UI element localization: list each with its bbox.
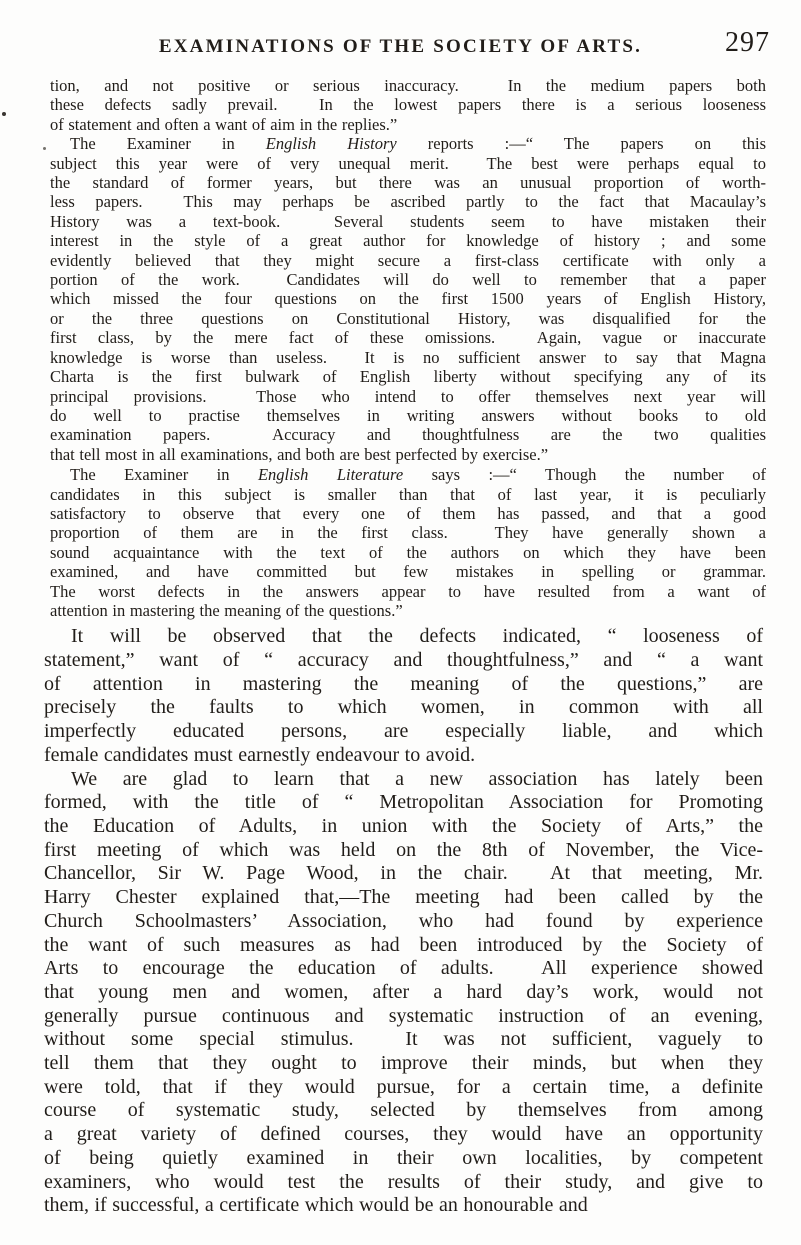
text-line: of attention in mastering the meaning of… xyxy=(44,673,763,697)
paragraph-examiner-english-history: The Examiner in English History reports … xyxy=(50,134,766,464)
text-line: principal provisions. Those who intend t… xyxy=(50,387,766,406)
text-block: tion, and not positive or serious inaccu… xyxy=(0,76,766,1218)
scanned-document-page: EXAMINATIONS OF THE SOCIETY OF ARTS. 297… xyxy=(0,0,801,1245)
text-line: the standard of former years, but there … xyxy=(50,173,766,192)
text-line: It will be observed that the defects ind… xyxy=(44,625,763,649)
text-line: first class, by the mere fact of these o… xyxy=(50,328,766,347)
text-line: which missed the four questions on the f… xyxy=(50,289,766,308)
text-line: evidently believed that they might secur… xyxy=(50,251,766,270)
text-line: that tell most in all examinations, and … xyxy=(50,445,766,464)
text-line: satisfactory to observe that every one o… xyxy=(50,504,766,523)
text-line: first meeting of which was held on the 8… xyxy=(44,839,763,863)
text-line: attention in mastering the meaning of th… xyxy=(50,601,766,620)
text-line: Harry Chester explained that,—The meetin… xyxy=(44,886,763,910)
text-line: these defects sadly prevail. In the lowe… xyxy=(50,95,766,114)
text-line: a great variety of defined courses, they… xyxy=(44,1123,763,1147)
text-line: Charta is the first bulwark of English l… xyxy=(50,367,766,386)
text-line: generally pursue continuous and systemat… xyxy=(44,1005,763,1029)
text-line: The Examiner in English History reports … xyxy=(50,134,766,153)
text-line: We are glad to learn that a new associat… xyxy=(44,768,763,792)
text-line: precisely the faults to which women, in … xyxy=(44,696,763,720)
text-line: the want of such measures as had been in… xyxy=(44,934,763,958)
text-line: Chancellor, Sir W. Page Wood, in the cha… xyxy=(44,862,763,886)
text-line: without some special stimulus. It was no… xyxy=(44,1028,763,1052)
text-line: tell them that they ought to improve the… xyxy=(44,1052,763,1076)
text-line: The Examiner in English Literature says … xyxy=(50,465,766,484)
text-line: subject this year were of very unequal m… xyxy=(50,154,766,173)
text-line: The worst defects in the answers appear … xyxy=(50,582,766,601)
text-line: History was a text-book. Several student… xyxy=(50,212,766,231)
text-line: less papers. This may perhaps be ascribe… xyxy=(50,192,766,211)
page-number: 297 xyxy=(725,27,770,59)
text-line: portion of the work. Candidates will do … xyxy=(50,270,766,289)
running-head-title: EXAMINATIONS OF THE SOCIETY OF ARTS. xyxy=(0,36,801,58)
text-line: do well to practise themselves in writin… xyxy=(50,406,766,425)
text-line: the Education of Adults, in union with t… xyxy=(44,815,763,839)
text-line: candidates in this subject is smaller th… xyxy=(50,485,766,504)
text-line: sound acquaintance with the text of the … xyxy=(50,543,766,562)
text-line: of being quietly examined in their own l… xyxy=(44,1147,763,1171)
text-line: female candidates must earnestly endeavo… xyxy=(44,744,763,768)
text-line: formed, with the title of “ Metropolitan… xyxy=(44,791,763,815)
text-line: course of systematic study, selected by … xyxy=(44,1099,763,1123)
text-line: proportion of them are in the first clas… xyxy=(50,523,766,542)
text-line: statement,” want of “ accuracy and thoug… xyxy=(44,649,763,673)
text-line: were told, that if they would pursue, fo… xyxy=(44,1076,763,1100)
text-line: Church Schoolmasters’ Association, who h… xyxy=(44,910,763,934)
text-line: or the three questions on Constitutional… xyxy=(50,309,766,328)
paragraph-editorial-observation: It will be observed that the defects ind… xyxy=(44,625,763,767)
text-line: tion, and not positive or serious inaccu… xyxy=(50,76,766,95)
text-line: of statement and often a want of aim in … xyxy=(50,115,766,134)
text-line: interest in the style of a great author … xyxy=(50,231,766,250)
text-line: Arts to encourage the education of adult… xyxy=(44,957,763,981)
text-line: examined, and have committed but few mis… xyxy=(50,562,766,581)
text-line: knowledge is worse than useless. It is n… xyxy=(50,348,766,367)
text-line: imperfectly educated persons, are especi… xyxy=(44,720,763,744)
paragraph-examiner-english-literature: The Examiner in English Literature says … xyxy=(50,465,766,620)
text-line: examination papers. Accuracy and thought… xyxy=(50,425,766,444)
paragraph-medium-papers: tion, and not positive or serious inaccu… xyxy=(50,76,766,134)
paragraph-metropolitan-association: We are glad to learn that a new associat… xyxy=(44,768,763,1218)
text-line: them, if successful, a certificate which… xyxy=(44,1194,763,1218)
text-line: that young men and women, after a hard d… xyxy=(44,981,763,1005)
text-line: examiners, who would test the results of… xyxy=(44,1171,763,1195)
